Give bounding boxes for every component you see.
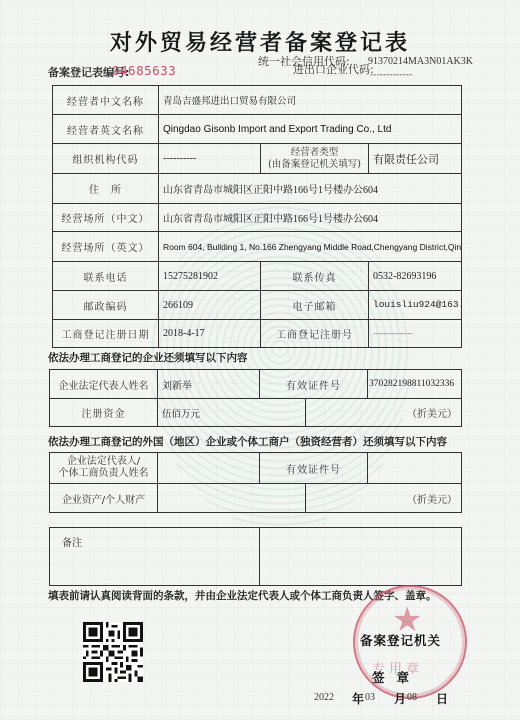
chinese-name-value: 青岛吉盛邦进出口贸易有限公司 — [159, 86, 462, 115]
date-day: 08 — [407, 692, 417, 703]
postcode-value: 266109 — [159, 291, 261, 320]
reg-date-label: 工商登记注册日期 — [53, 320, 159, 348]
foreign-rep-value — [158, 453, 260, 484]
premises-en-label: 经营场所（英文） — [53, 232, 159, 262]
registration-authority-label: 备案登记机关 — [360, 631, 441, 649]
org-code-value: ---------- — [159, 144, 261, 174]
capital-label: 注册资金 — [50, 399, 158, 427]
main-info-table: 经营者中文名称 青岛吉盛邦进出口贸易有限公司 经营者英文名称 Qingdao G… — [52, 85, 462, 348]
org-code-label: 组织机构代码 — [53, 144, 159, 174]
assets-usd-note: （折美元） — [306, 484, 462, 513]
premises-en-value: Room 604, Building 1, No.166 Zhengyang M… — [159, 232, 462, 262]
reg-no-label: 工商登记注册号 — [261, 320, 369, 348]
foreign-table: 企业法定代表人/ 个体工商负责人姓名 有效证件号 企业资产/个人财产 （折美元） — [49, 452, 462, 513]
row-legal-rep: 企业法定代表人姓名 刘新举 有效证件号 370282198811032336 — [50, 370, 462, 399]
capital-usd-note: （折美元） — [306, 399, 462, 427]
assets-value — [158, 484, 306, 513]
phone-value: 15275281902 — [159, 262, 261, 291]
english-name-label: 经营者英文名称 — [53, 115, 159, 144]
chinese-name-label: 经营者中文名称 — [53, 86, 159, 115]
id-number-value: 370282198811032336 — [368, 370, 462, 399]
remarks-table: 备注 — [49, 527, 462, 586]
foreign-id-value — [368, 453, 462, 484]
phone-label: 联系电话 — [53, 262, 159, 291]
fax-label: 联系传真 — [261, 262, 369, 291]
premises-cn-value: 山东省青岛市城阳区正阳中路166号1号楼办公604 — [159, 204, 462, 232]
import-export-code-value: ------------- — [370, 70, 412, 80]
remarks-label: 备注 — [62, 538, 82, 549]
row-foreign-rep: 企业法定代表人/ 个体工商负责人姓名 有效证件号 — [50, 453, 462, 484]
import-export-code-label: 进出口企业代码: — [293, 61, 374, 77]
foreign-section-heading: 依法办理工商登记的外国（地区）企业或个体工商户（独资经营者）还须填写以下内容 — [48, 434, 447, 449]
row-premises-cn: 经营场所（中文） 山东省青岛市城阳区正阳中路166号1号楼办公604 — [53, 204, 462, 232]
legal-rep-value: 刘新举 — [158, 370, 260, 399]
reg-date-value: 2018-4-17 — [159, 320, 261, 348]
legal-rep-label: 企业法定代表人姓名 — [50, 370, 158, 399]
operator-type-label-line2: (由备案登记机关填写) — [265, 159, 364, 171]
row-remarks: 备注 — [50, 528, 462, 586]
row-domicile: 住 所 山东省青岛市城阳区正阳中路166号1号楼办公604 — [53, 174, 462, 204]
row-chinese-name: 经营者中文名称 青岛吉盛邦进出口贸易有限公司 — [53, 86, 462, 115]
row-english-name: 经营者英文名称 Qingdao Gisonb Import and Export… — [53, 115, 462, 144]
credit-code-value: 91370214MA3N01AK3K — [368, 56, 473, 67]
row-assets: 企业资产/个人财产 （折美元） — [50, 484, 462, 513]
month-unit: 月 — [394, 690, 406, 707]
foreign-rep-label-line2: 个体工商负责人姓名 — [54, 468, 153, 480]
seal-label: 签章 — [372, 668, 421, 686]
reg-no-value: --------------- — [369, 320, 462, 348]
remarks-value — [260, 528, 462, 586]
capital-value: 伍佰万元 — [158, 399, 306, 427]
row-phone-fax: 联系电话 15275281902 联系传真 0532-82693196 — [53, 262, 462, 291]
row-reg-date: 工商登记注册日期 2018-4-17 工商登记注册号 -------------… — [53, 320, 462, 348]
domicile-label: 住 所 — [53, 174, 159, 204]
email-value: louisliu924@163.com — [369, 291, 462, 320]
row-capital: 注册资金 伍佰万元 （折美元） — [50, 399, 462, 427]
day-unit: 日 — [436, 690, 448, 707]
year-unit: 年 — [352, 690, 364, 707]
date-month: 03 — [365, 692, 375, 703]
row-postcode-email: 邮政编码 266109 电子邮箱 louisliu924@163.com — [53, 291, 462, 320]
assets-label: 企业资产/个人财产 — [50, 484, 158, 513]
foreign-rep-label: 企业法定代表人/ 个体工商负责人姓名 — [50, 453, 158, 484]
enterprise-table: 企业法定代表人姓名 刘新举 有效证件号 370282198811032336 注… — [49, 369, 462, 427]
qr-code-icon — [83, 622, 143, 682]
domicile-value: 山东省青岛市城阳区正阳中路166号1号楼办公604 — [159, 174, 462, 204]
row-premises-en: 经营场所（英文） Room 604, Building 1, No.166 Zh… — [53, 232, 462, 262]
operator-type-label: 经营者类型 (由备案登记机关填写) — [261, 144, 369, 174]
operator-type-value: 有限责任公司 — [369, 144, 462, 174]
date-year: 2022 — [314, 692, 334, 703]
foreign-id-label: 有效证件号 — [260, 453, 368, 484]
remarks-label-cell: 备注 — [50, 528, 260, 586]
email-label: 电子邮箱 — [261, 291, 369, 320]
enterprise-section-heading: 依法办理工商登记的企业还须填写以下内容 — [48, 350, 248, 365]
operator-type-label-line1: 经营者类型 — [265, 147, 364, 159]
registration-number: 04685633 — [112, 63, 176, 78]
id-label: 有效证件号 — [260, 370, 368, 399]
english-name-value: Qingdao Gisonb Import and Export Trading… — [159, 115, 462, 144]
postcode-label: 邮政编码 — [53, 291, 159, 320]
foreign-rep-label-line1: 企业法定代表人/ — [54, 456, 153, 468]
row-org-code: 组织机构代码 ---------- 经营者类型 (由备案登记机关填写) 有限责任… — [53, 144, 462, 174]
premises-cn-label: 经营场所（中文） — [53, 204, 159, 232]
fax-value: 0532-82693196 — [369, 262, 462, 291]
